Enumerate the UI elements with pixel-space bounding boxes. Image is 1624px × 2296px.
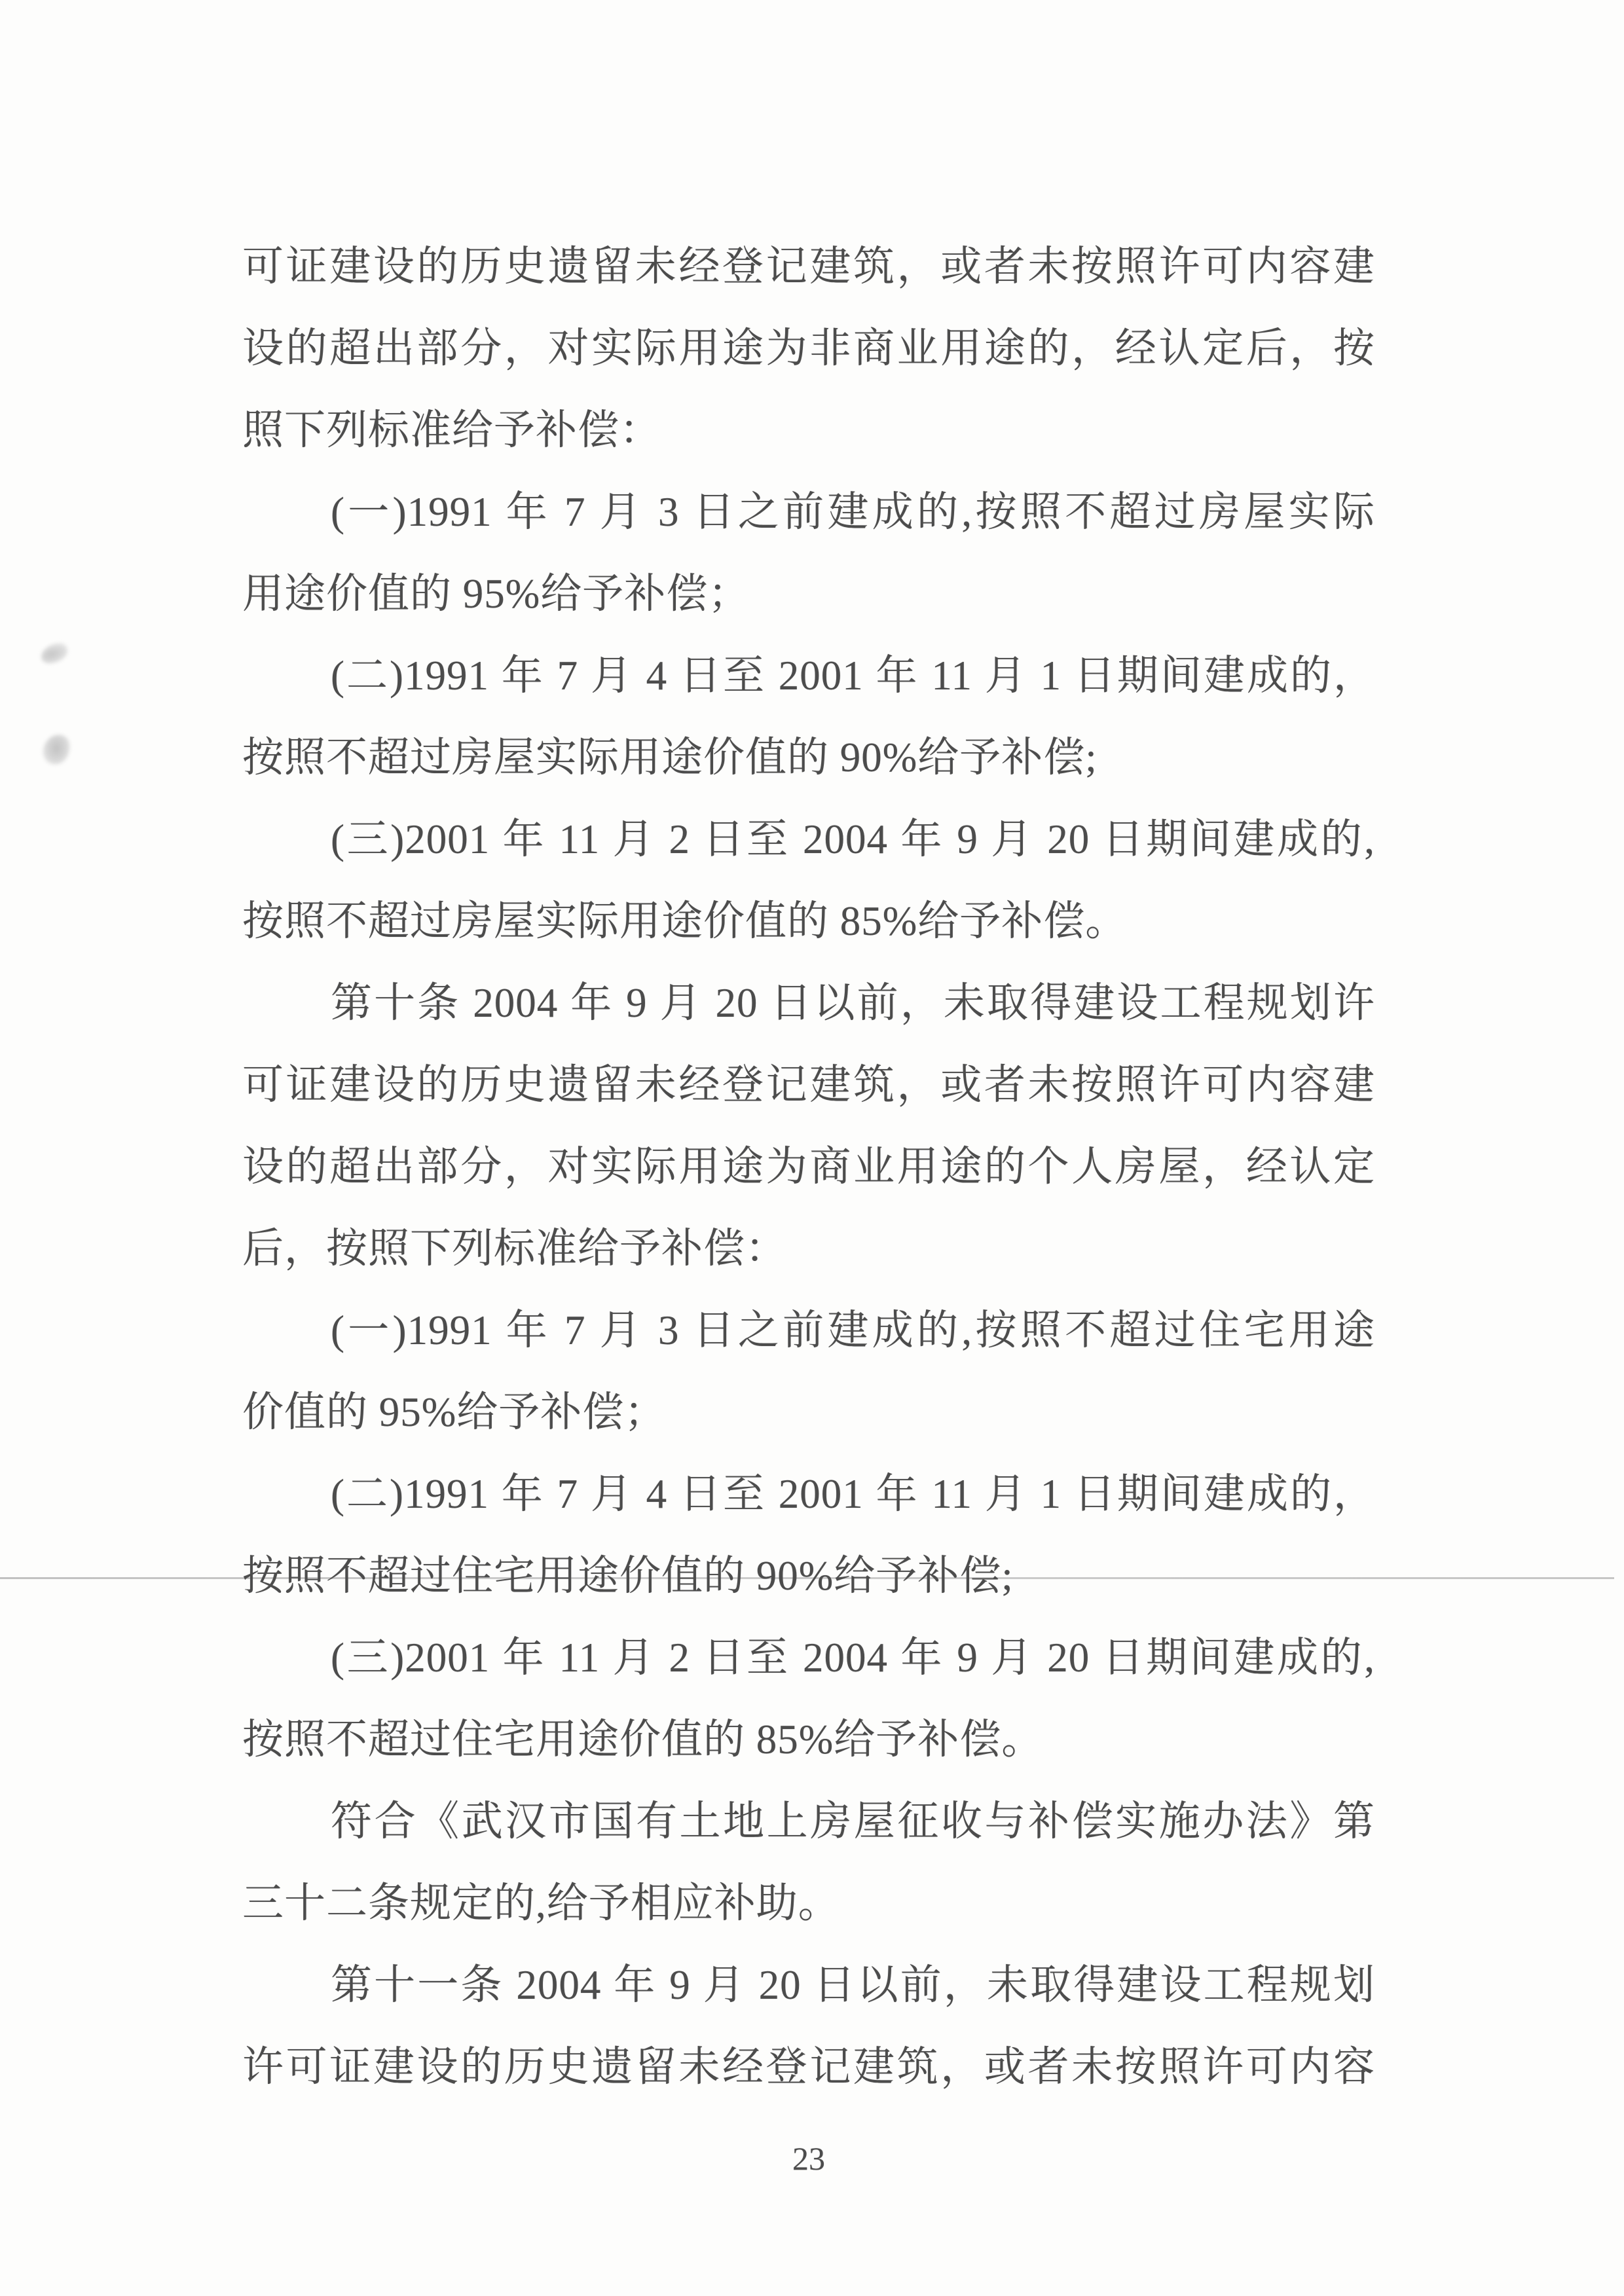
text-line: 后，按照下列标准给予补偿：	[242, 1208, 1375, 1290]
text-line: 可证建设的历史遗留未经登记建筑，或者未按照许可内容建	[242, 226, 1375, 308]
text-line: 可证建设的历史遗留未经登记建筑，或者未按照许可内容建	[242, 1044, 1375, 1126]
text-line: 照下列标准给予补偿：	[242, 390, 1375, 471]
text-line: (一)1991 年 7 月 3 日之前建成的,按照不超过房屋实际	[242, 471, 1375, 553]
text-line: 按照不超过住宅用途价值的 85%给予补偿。	[242, 1699, 1375, 1781]
text-line: 按照不超过住宅用途价值的 90%给予补偿;	[242, 1535, 1375, 1617]
margin-smudge-icon	[41, 733, 71, 766]
text-line: 按照不超过房屋实际用途价值的 90%给予补偿;	[242, 717, 1375, 799]
text-line: 第十一条 2004 年 9 月 20 日以前，未取得建设工程规划	[242, 1944, 1375, 2026]
text-line: (三)2001 年 11 月 2 日至 2004 年 9 月 20 日期间建成的…	[242, 1617, 1375, 1699]
text-line: 许可证建设的历史遗留未经登记建筑，或者未按照许可内容	[242, 2026, 1375, 2108]
text-line: 价值的 95%给予补偿；	[242, 1372, 1375, 1453]
text-line: (一)1991 年 7 月 3 日之前建成的,按照不超过住宅用途	[242, 1290, 1375, 1372]
text-line: (二)1991 年 7 月 4 日至 2001 年 11 月 1 日期间建成的，	[242, 635, 1375, 717]
text-line: 符合《武汉市国有土地上房屋征收与补偿实施办法》第	[242, 1781, 1375, 1863]
text-line: 用途价值的 95%给予补偿；	[242, 553, 1375, 635]
text-line: 设的超出部分，对实际用途为商业用途的个人房屋，经认定	[242, 1126, 1375, 1208]
document-page: 可证建设的历史遗留未经登记建筑，或者未按照许可内容建 设的超出部分，对实际用途为…	[0, 0, 1624, 2296]
text-line: 三十二条规定的,给予相应补助。	[242, 1863, 1375, 1944]
document-body: 可证建设的历史遗留未经登记建筑，或者未按照许可内容建 设的超出部分，对实际用途为…	[242, 226, 1375, 2108]
text-line: (三)2001 年 11 月 2 日至 2004 年 9 月 20 日期间建成的…	[242, 799, 1375, 881]
page-number: 23	[242, 2136, 1375, 2181]
margin-smudge-icon	[39, 640, 71, 666]
text-line: (二)1991 年 7 月 4 日至 2001 年 11 月 1 日期间建成的，	[242, 1453, 1375, 1535]
text-line: 第十条 2004 年 9 月 20 日以前，未取得建设工程规划许	[242, 962, 1375, 1044]
text-line: 设的超出部分，对实际用途为非商业用途的，经认定后，按	[242, 308, 1375, 390]
text-line: 按照不超过房屋实际用途价值的 85%给予补偿。	[242, 881, 1375, 962]
